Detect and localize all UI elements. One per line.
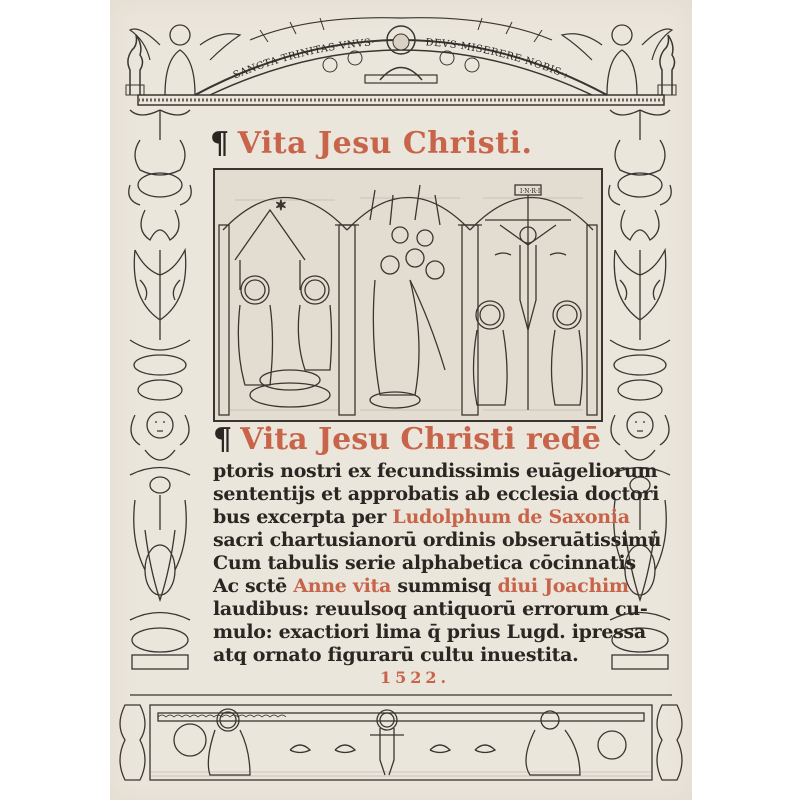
main-title-text: Vita Jesu Christi redē — [240, 422, 601, 457]
title-text: Vita Jesu Christi. — [238, 126, 533, 161]
text-line: atq ornato figurarū cultu inuestita. — [213, 644, 603, 667]
text-line: Ac sctē Anne vita summisq diui Joachim — [213, 575, 603, 598]
bottom-frieze — [110, 680, 692, 800]
text-line: sacri chartusianorū ordinis obseruātissi… — [213, 529, 603, 552]
svg-text:SANCTA·TRINITAS·VNVS·: SANCTA·TRINITAS·VNVS· — [232, 37, 376, 81]
rubric-diui-joachim: diui Joachim — [497, 575, 628, 597]
top-arch-banner: SANCTA·TRINITAS·VNVS· DEVS·MISERERE·NOBI… — [110, 0, 692, 110]
main-title: ¶Vita Jesu Christi redē — [213, 420, 603, 460]
text-line: laudibus: reuulsoq antiquorū errorum cu- — [213, 598, 603, 621]
angel-right-icon — [562, 25, 672, 95]
text-line: bus excerpta per Ludolphum de Saxonia — [213, 506, 603, 529]
text-line: sententijs et approbatis ab ecclesia doc… — [213, 483, 603, 506]
text-line: mulo: exactiori lima q̄ prius Lugd. ipre… — [213, 621, 603, 644]
woodcut-illustration: ✶ — [213, 168, 603, 422]
torch-left-icon — [126, 35, 144, 95]
text-line: Cum tabulis serie alphabetica cōcinnatis — [213, 552, 603, 575]
svg-text:I·N·R·I: I·N·R·I — [520, 188, 541, 195]
angel-left-icon — [130, 25, 240, 95]
triptych-scenes: ✶ — [215, 170, 601, 420]
torch-right-icon — [658, 35, 676, 95]
text-line: ptoris nostri ex fecundissimis euāgelior… — [213, 460, 603, 483]
author-name: Ludolphum de Saxonia — [392, 506, 629, 528]
rubric-anne-vita: Anne vita — [293, 575, 391, 597]
title-page: SANCTA·TRINITAS·VNVS· DEVS·MISERERE·NOBI… — [110, 0, 692, 800]
title-heading: ¶Vita Jesu Christi. — [210, 126, 610, 166]
title-text-block: ¶Vita Jesu Christi redē ptoris nostri ex… — [213, 420, 603, 667]
left-ornamental-column — [120, 100, 200, 700]
pilcrow-icon: ¶ — [210, 126, 230, 161]
svg-text:DEVS·MISERERE·NOBIS·:: DEVS·MISERERE·NOBIS·: — [425, 37, 570, 81]
star-icon: ✶ — [275, 198, 287, 214]
pilcrow-icon: ¶ — [213, 422, 232, 457]
